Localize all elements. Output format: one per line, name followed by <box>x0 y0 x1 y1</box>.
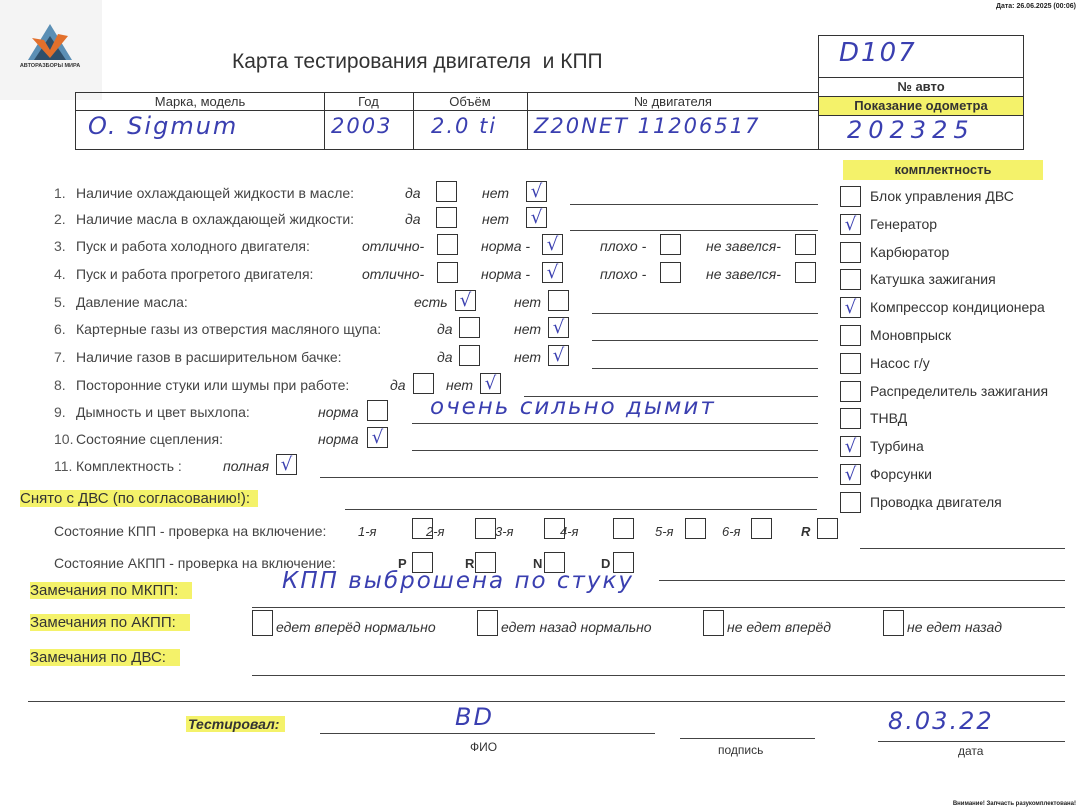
gear-label: 2-я <box>426 524 445 539</box>
check-number: 6. <box>54 321 76 337</box>
option-label: не завелся- <box>706 238 781 254</box>
print-date: Дата: 26.06.2025 (00:06) <box>996 3 1076 10</box>
vehicle-table: Марка, модель Год Объём № двигателя O. S… <box>75 92 818 150</box>
checkbox-2-1[interactable] <box>436 207 457 228</box>
check-item-2: 2.Наличие масла в охлаждающей жидкости: <box>54 211 354 227</box>
check-number: 7. <box>54 349 76 365</box>
option-label: отлично- <box>362 238 424 254</box>
akpp-option-label: не едет назад <box>907 619 1002 635</box>
mountain-check-logo-icon <box>28 24 72 60</box>
check-label: Пуск и работа прогретого двигателя: <box>76 266 313 282</box>
option-label: да <box>405 211 421 227</box>
gear-checkbox[interactable] <box>751 518 772 539</box>
check-item-7: 7.Наличие газов в расширительном бачке: <box>54 349 342 365</box>
checkbox-5-2[interactable] <box>548 290 569 311</box>
note-line[interactable] <box>570 204 818 205</box>
gear-checkbox[interactable] <box>475 518 496 539</box>
akpp-option-checkbox[interactable] <box>703 610 724 636</box>
checkbox-8-2[interactable]: √ <box>480 373 501 394</box>
option-label: нет <box>514 321 541 337</box>
check-number: 10. <box>54 431 76 447</box>
gear-checkbox[interactable] <box>817 518 838 539</box>
col-year: Год <box>324 94 413 109</box>
kit-item-label: Карбюратор <box>870 244 949 260</box>
page-title: Карта тестирования двигателя и КПП <box>232 50 603 74</box>
gear-label: R <box>801 524 810 539</box>
option-label: норма <box>318 404 359 420</box>
kit-checkbox[interactable] <box>840 186 861 207</box>
kit-checkbox[interactable] <box>840 353 861 374</box>
signature-caption: подпись <box>718 743 763 757</box>
option-label: нет <box>446 377 473 393</box>
checkbox-1-2[interactable]: √ <box>526 181 547 202</box>
kit-item-label: Форсунки <box>870 466 932 482</box>
option-label: плохо - <box>600 266 646 282</box>
signature-input[interactable] <box>680 738 815 739</box>
note-line[interactable] <box>592 340 818 341</box>
check-label: Состояние сцепления: <box>76 431 223 447</box>
akpp-option-checkbox[interactable] <box>252 610 273 636</box>
check-label: Дымность и цвет выхлопа: <box>76 404 250 420</box>
kit-checkbox[interactable]: √ <box>840 436 861 457</box>
option-label: отлично- <box>362 266 424 282</box>
auto-box: D107 № авто Показание одометра 202325 <box>818 35 1024 150</box>
check-number: 1. <box>54 185 76 201</box>
check-item-11: 11.Комплектность : <box>54 458 182 474</box>
kit-item-label: Распределитель зажигания <box>870 383 1048 399</box>
gear-label: 4-я <box>560 524 579 539</box>
make-value: O. Sigmum <box>88 112 238 140</box>
fio-caption: ФИО <box>470 740 497 754</box>
kit-checkbox[interactable] <box>840 242 861 263</box>
check-item-8: 8.Посторонние стуки или шумы при работе: <box>54 377 349 393</box>
col-volume: Объём <box>413 94 527 109</box>
option-label: норма <box>318 431 359 447</box>
checkbox-3-4[interactable] <box>795 234 816 255</box>
akpp-option-label: не едет вперёд <box>727 619 831 635</box>
kit-item-label: Турбина <box>870 438 924 454</box>
check-number: 11. <box>54 458 76 474</box>
check-number: 4. <box>54 266 76 282</box>
check-label: Пуск и работа холодного двигателя: <box>76 238 310 254</box>
removed-label: Снято с ДВС (по согласованию!): <box>20 490 258 507</box>
gear-label: 5-я <box>655 524 674 539</box>
check-label: Комплектность : <box>76 458 182 474</box>
check-label: Давление масла: <box>76 294 188 310</box>
kit-checkbox[interactable] <box>840 492 861 513</box>
checkbox-6-2[interactable]: √ <box>548 317 569 338</box>
option-label: есть <box>414 294 448 310</box>
gear-label: 1-я <box>358 524 377 539</box>
fio-value[interactable]: BD <box>455 703 494 731</box>
checkbox-7-2[interactable]: √ <box>548 345 569 366</box>
check-item-3: 3.Пуск и работа холодного двигателя: <box>54 238 310 254</box>
check-item-9: 9.Дымность и цвет выхлопа: <box>54 404 250 420</box>
kit-checkbox[interactable]: √ <box>840 297 861 318</box>
akpp-option-label: едет вперёд нормально <box>276 619 436 635</box>
auto-number: D107 <box>839 38 917 68</box>
option-label: плохо - <box>600 238 646 254</box>
mkpp-remarks-value[interactable]: КПП выброшена по стуку <box>282 568 634 594</box>
check-number: 5. <box>54 294 76 310</box>
option-label: не завелся- <box>706 266 781 282</box>
kit-item-label: Проводка двигателя <box>870 494 1002 510</box>
volume-value: 2.0 ti <box>431 114 497 138</box>
checkbox-1-1[interactable] <box>436 181 457 202</box>
note-line[interactable] <box>412 450 818 451</box>
checkbox-3-3[interactable] <box>660 234 681 255</box>
kit-item-label: Генератор <box>870 216 937 232</box>
akpp-option-checkbox[interactable] <box>883 610 904 636</box>
option-label: нет <box>482 185 509 201</box>
akpp-remarks-label: Замечания по АКПП: <box>30 614 190 631</box>
option-label: да <box>437 349 453 365</box>
check-label: Посторонние стуки или шумы при работе: <box>76 377 349 393</box>
logo: АВТОРАЗБОРЫ МИРА <box>0 0 102 100</box>
checkbox-8-1[interactable] <box>413 373 434 394</box>
checkbox-3-1[interactable] <box>437 234 458 255</box>
checkbox-4-2[interactable]: √ <box>542 262 563 283</box>
checkbox-4-1[interactable] <box>437 262 458 283</box>
kit-checkbox[interactable]: √ <box>840 464 861 485</box>
gear-label: 3-я <box>495 524 514 539</box>
akpp-option-checkbox[interactable] <box>477 610 498 636</box>
kit-checkbox[interactable] <box>840 269 861 290</box>
option-label: норма - <box>481 238 530 254</box>
check-label: Наличие масла в охлаждающей жидкости: <box>76 211 354 227</box>
checkbox-4-3[interactable] <box>660 262 681 283</box>
note-line[interactable] <box>592 313 818 314</box>
kit-checkbox[interactable] <box>840 381 861 402</box>
gear-checkbox[interactable] <box>613 518 634 539</box>
checkbox-9-1[interactable] <box>367 400 388 421</box>
check-label: Картерные газы из отверстия масляного щу… <box>76 321 381 337</box>
checkbox-10-1[interactable]: √ <box>367 427 388 448</box>
kit-item-label: Катушка зажигания <box>870 271 996 287</box>
kit-checkbox[interactable] <box>840 325 861 346</box>
gear-checkbox[interactable] <box>685 518 706 539</box>
check-number: 9. <box>54 404 76 420</box>
checkbox-6-1[interactable] <box>459 317 480 338</box>
check-item-1: 1.Наличие охлаждающей жидкости в масле: <box>54 185 354 201</box>
option-label: нет <box>514 349 541 365</box>
auto-number-label: № авто <box>819 79 1023 94</box>
kit-item-label: Моновпрыск <box>870 327 951 343</box>
checkbox-2-2[interactable]: √ <box>526 207 547 228</box>
kit-checkbox[interactable] <box>840 408 861 429</box>
mkpp-remarks-label: Замечания по МКПП: <box>30 582 192 599</box>
check-number: 3. <box>54 238 76 254</box>
kit-checkbox[interactable]: √ <box>840 214 861 235</box>
checkbox-5-1[interactable]: √ <box>455 290 476 311</box>
col-make: Марка, модель <box>76 94 324 109</box>
check-item-10: 10.Состояние сцепления: <box>54 431 223 447</box>
check-item-4: 4.Пуск и работа прогретого двигателя: <box>54 266 313 282</box>
gear-label: 6-я <box>722 524 741 539</box>
note-line[interactable] <box>320 477 818 478</box>
check-item-5: 5.Давление масла: <box>54 294 188 310</box>
dvs-remarks-input[interactable] <box>252 675 1065 676</box>
checkbox-7-1[interactable] <box>459 345 480 366</box>
date-value[interactable]: 8.03.22 <box>888 707 994 735</box>
option-label: да <box>390 377 406 393</box>
engine-number-value: Z20NET 11206517 <box>534 114 760 138</box>
check-item-6: 6.Картерные газы из отверстия масляного … <box>54 321 381 337</box>
checkbox-3-2[interactable]: √ <box>542 234 563 255</box>
check-number: 8. <box>54 377 76 393</box>
kit-item-label: ТНВД <box>870 410 907 426</box>
logo-text: АВТОРАЗБОРЫ МИРА <box>10 63 90 70</box>
option-label: нет <box>514 294 541 310</box>
kit-item-label: Блок управления ДВС <box>870 188 1014 204</box>
option-label: да <box>405 185 421 201</box>
option-label: да <box>437 321 453 337</box>
footer-note: Внимание! Запчасть разукомплектована! <box>953 801 1076 807</box>
date-caption: дата <box>958 744 983 758</box>
checkbox-4-4[interactable] <box>795 262 816 283</box>
note-line[interactable] <box>592 368 818 369</box>
check-label: Наличие охлаждающей жидкости в масле: <box>76 185 354 201</box>
check-label: Наличие газов в расширительном бачке: <box>76 349 342 365</box>
note-line[interactable] <box>570 230 818 231</box>
odometer-value: 202325 <box>847 116 975 144</box>
mkpp-check-label: Состояние КПП - проверка на включение: <box>54 523 326 539</box>
dvs-remarks-label: Замечания по ДВС: <box>30 649 180 666</box>
odometer-label: Показание одометра <box>819 96 1023 116</box>
kit-title: комплектность <box>843 160 1043 180</box>
year-value: 2003 <box>331 114 392 138</box>
option-label: норма - <box>481 266 530 282</box>
kit-item-label: Компрессор кондиционера <box>870 299 1045 315</box>
checkbox-11-1[interactable]: √ <box>276 454 297 475</box>
kit-item-label: Насос г/у <box>870 355 930 371</box>
tested-by-label: Тестировал: <box>186 716 285 732</box>
check-number: 2. <box>54 211 76 227</box>
note-value[interactable]: очень сильно дымит <box>430 394 716 420</box>
akpp-option-label: едет назад нормально <box>501 619 652 635</box>
option-label: полная <box>223 458 269 474</box>
option-label: нет <box>482 211 509 227</box>
col-engine: № двигателя <box>527 94 819 109</box>
note-line[interactable] <box>412 423 818 424</box>
